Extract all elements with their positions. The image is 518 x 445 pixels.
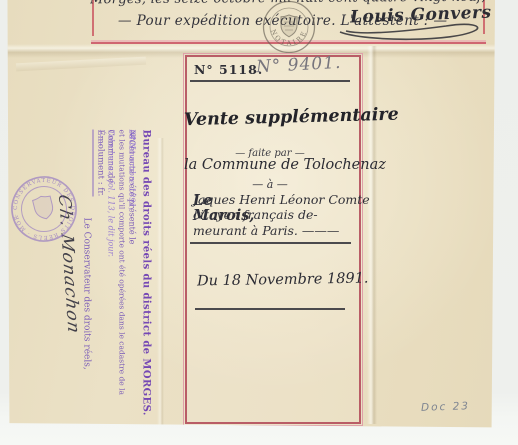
deed-date: Du 18 Novembre 1891.: [197, 271, 369, 290]
buyer-line-3: meurant à Paris. ———: [193, 223, 339, 238]
connector-a: — à —: [184, 178, 356, 191]
registry-presented-date: 28 Novembre 1891,: [127, 130, 136, 211]
archive-annotation: Doc 23: [421, 400, 470, 414]
registry-commune-line: Commune de Tolochenaz, fol. 113, le dit …: [105, 130, 116, 396]
scanned-document-photo: { "palette":{"paper":"#eae0c4","red_line…: [0, 0, 518, 445]
document-paper: Morges, les seize octobre mil huit cent …: [6, 0, 495, 430]
deed-number-printed: N° 5118.: [194, 62, 263, 77]
parties-underline: [190, 242, 351, 244]
vertical-fold-crease-left: [157, 138, 164, 428]
header-underline: [190, 80, 350, 82]
date-underline: [195, 308, 345, 310]
registry-emolument-line: Émolument : fr. ——: [92, 130, 105, 396]
registry-mutations-line: et les mutations qu'il comporte ont été …: [116, 130, 126, 396]
diagonal-crease: [16, 57, 146, 72]
registry-presented-line: N° 9401 — Cet acte a été présenté le 28 …: [126, 130, 137, 396]
red-label-box: N° 5118. N° 9401. Vente supplémentaire —…: [183, 53, 363, 426]
notary-round-stamp: NOTAIRE: [258, 0, 320, 58]
signature-paraph-flourish: [336, 18, 486, 44]
vertical-fold-crease-right: [367, 46, 377, 424]
registry-commune-value: Tolochenaz, fol. 113, le dit jour.: [106, 130, 115, 257]
registry-office-heading: Bureau des droits réels du district de M…: [137, 130, 152, 396]
seller-party: la Commune de Tolochenaz: [184, 157, 356, 173]
